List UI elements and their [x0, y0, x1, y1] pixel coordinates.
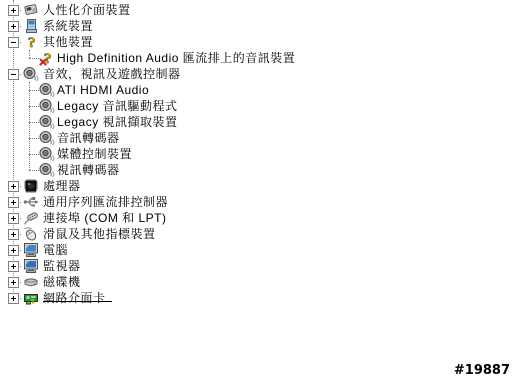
collapse-minus-toggle[interactable]: [8, 37, 19, 48]
tree-item[interactable]: 人性化介面裝置: [0, 2, 400, 18]
tree-item[interactable]: ATI HDMI Audio: [0, 82, 400, 98]
tree-item[interactable]: 連接埠 (COM 和 LPT): [0, 210, 400, 226]
tree-item[interactable]: 通用序列匯流排控制器: [0, 194, 400, 210]
tree-item-label: 其他裝置: [43, 35, 93, 49]
svg-text:?: ?: [28, 35, 36, 50]
tree-item-label: 系統裝置: [43, 19, 93, 33]
audio-icon: [39, 82, 55, 98]
tree-item-label: 媒體控制裝置: [57, 147, 132, 161]
unknown-error-icon: ??: [39, 50, 55, 66]
usb-icon: [23, 194, 39, 210]
audio-icon: [39, 146, 55, 162]
expand-plus-toggle[interactable]: [8, 261, 19, 272]
tree-item-label: 處理器: [43, 179, 81, 193]
device-manager-tree-panel: 人性化介面裝置系統裝置??其他裝置??High Definition Audio…: [0, 0, 512, 384]
tree-item-label: 磁碟機: [43, 275, 81, 289]
tree-item[interactable]: 系統裝置: [0, 18, 400, 34]
tree-item-label: 監視器: [43, 259, 81, 273]
tree-item-label: Legacy 音訊驅動程式: [57, 99, 178, 113]
port-icon: [23, 210, 39, 226]
collapse-minus-toggle[interactable]: [8, 69, 19, 80]
monitor-icon: [23, 258, 39, 274]
tree-item[interactable]: 網路介面卡: [0, 290, 400, 306]
audio-icon: [39, 130, 55, 146]
disk-icon: [23, 274, 39, 290]
audio-icon: [23, 66, 39, 82]
tree-item-label: 網路介面卡: [43, 291, 106, 305]
expand-plus-toggle[interactable]: [8, 181, 19, 192]
audio-icon: [39, 162, 55, 178]
system-icon: [23, 18, 39, 34]
tree-item[interactable]: 媒體控制裝置: [0, 146, 400, 162]
expand-plus-toggle[interactable]: [8, 277, 19, 288]
tree-item[interactable]: 滑鼠及其他指標裝置: [0, 226, 400, 242]
expand-plus-toggle[interactable]: [8, 197, 19, 208]
expand-plus-toggle[interactable]: [8, 5, 19, 16]
tree-item[interactable]: 視訊轉碼器: [0, 162, 400, 178]
tree-item[interactable]: 監視器: [0, 258, 400, 274]
tree-item[interactable]: Legacy 音訊驅動程式: [0, 98, 400, 114]
tree-item-label: 電腦: [43, 243, 68, 257]
watermark: #19887: [454, 363, 510, 378]
expand-plus-toggle[interactable]: [8, 245, 19, 256]
tree-item[interactable]: 處理器: [0, 178, 400, 194]
tree-item[interactable]: 音訊轉碼器: [0, 130, 400, 146]
computer-icon: [23, 242, 39, 258]
tree-item[interactable]: Legacy 視訊擷取裝置: [0, 114, 400, 130]
hid-icon: [23, 2, 39, 18]
mouse-icon: [23, 226, 39, 242]
tree-item[interactable]: 磁碟機: [0, 274, 400, 290]
tree-item-underline: [43, 301, 112, 302]
tree-item-label: 連接埠 (COM 和 LPT): [43, 211, 167, 225]
cpu-icon: [23, 178, 39, 194]
expand-plus-toggle[interactable]: [8, 229, 19, 240]
tree-item-label: 音訊轉碼器: [57, 131, 120, 145]
tree-item-label: 滑鼠及其他指標裝置: [43, 227, 156, 241]
tree-item[interactable]: 電腦: [0, 242, 400, 258]
tree-item-label: Legacy 視訊擷取裝置: [57, 115, 178, 129]
device-tree: 人性化介面裝置系統裝置??其他裝置??High Definition Audio…: [0, 0, 512, 384]
network-icon: [23, 290, 39, 306]
tree-item-label: High Definition Audio 匯流排上的音訊裝置: [57, 51, 295, 65]
unknown-icon: ??: [23, 34, 39, 50]
expand-plus-toggle[interactable]: [8, 213, 19, 224]
tree-item-label: 視訊轉碼器: [57, 163, 120, 177]
expand-plus-toggle[interactable]: [8, 21, 19, 32]
tree-item-label: 音效，視訊及遊戲控制器: [43, 67, 181, 81]
tree-item[interactable]: ??其他裝置: [0, 34, 400, 50]
tree-item[interactable]: 音效，視訊及遊戲控制器: [0, 66, 400, 82]
audio-icon: [39, 114, 55, 130]
expand-plus-toggle[interactable]: [8, 293, 19, 304]
audio-icon: [39, 98, 55, 114]
tree-item-label: ATI HDMI Audio: [57, 83, 149, 97]
tree-item-label: 通用序列匯流排控制器: [43, 195, 168, 209]
tree-item[interactable]: ??High Definition Audio 匯流排上的音訊裝置: [0, 50, 400, 66]
tree-item-label: 人性化介面裝置: [43, 3, 131, 17]
